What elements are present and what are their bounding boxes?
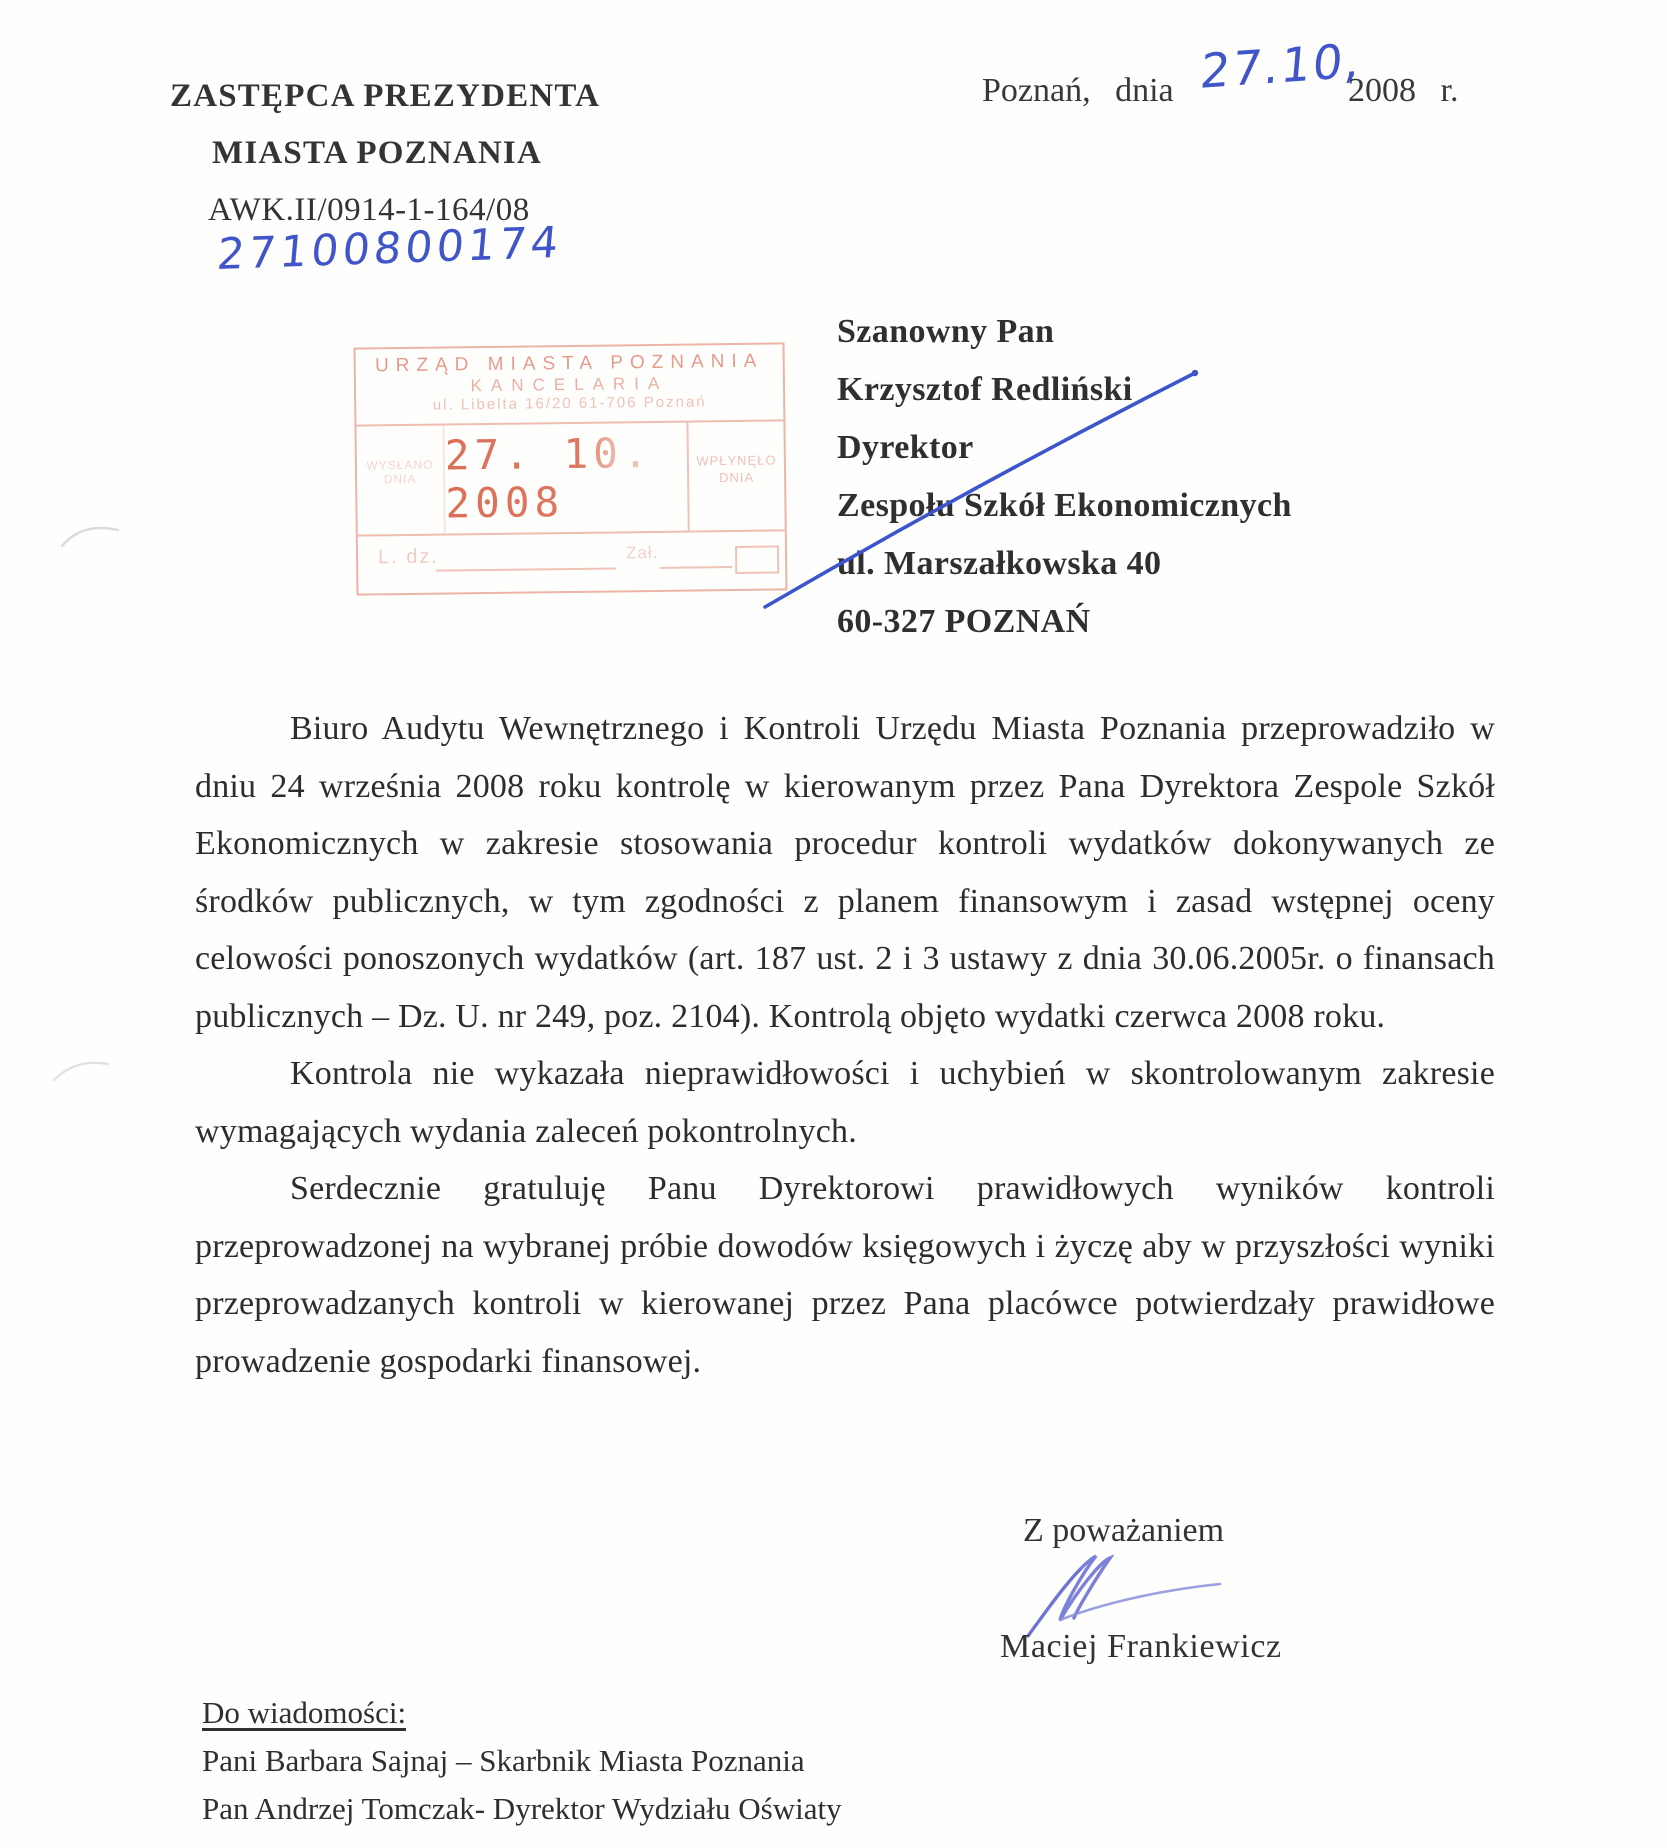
scanned-letter-page: ZASTĘPCA PREZYDENTA MIASTA POZNANIA AWK.… [0, 0, 1667, 1848]
stamp-header: URZĄD MIASTA POZNANIA KANCELARIA ul. Lib… [356, 344, 784, 426]
stamp-center-cell: 27. 10. 2008 [444, 423, 689, 534]
handwritten-date: 27.10, [1198, 33, 1364, 100]
sender-title-line1: ZASTĘPCA PREZYDENTA [170, 78, 600, 115]
recipient-name: Krzysztof Redliński [837, 361, 1292, 419]
stamp-small-box [735, 545, 779, 574]
handwritten-registry-number: 27100800174 [215, 218, 564, 280]
recipient-city: 60-327 POZNAŃ [837, 593, 1292, 651]
stamp-right-label-top: WPŁYNĘŁO [689, 451, 784, 469]
stamp-ldz-line [436, 567, 616, 571]
scan-artifact-mark-2 [52, 1054, 122, 1088]
body-paragraph-3: Serdecznie gratuluję Panu Dyrektorowi pr… [195, 1160, 1495, 1390]
stamp-left-label-top: WYSŁANO [357, 458, 443, 473]
stamp-ldz-label: L. dz. [378, 546, 439, 570]
stamp-right-label-bottom: DNIA [689, 468, 784, 486]
cc-item-1: Pani Barbara Sajnaj – Skarbnik Miasta Po… [202, 1743, 805, 1779]
stamp-date: 27. 10. 2008 [445, 429, 688, 528]
stamp-zal-label: Zał. [626, 543, 659, 563]
signer-name: Maciej Frankiewicz [1000, 1628, 1282, 1666]
stamp-left-cell: WYSŁANO DNIA [356, 426, 445, 535]
recipient-institution: Zespołu Szkół Ekonomicznych [837, 477, 1292, 535]
receipt-stamp: URZĄD MIASTA POZNANIA KANCELARIA ul. Lib… [354, 342, 788, 595]
body-paragraph-2: Kontrola nie wykazała nieprawidłowości i… [195, 1045, 1495, 1160]
body-paragraph-1: Biuro Audytu Wewnętrznego i Kontroli Urz… [195, 700, 1495, 1045]
recipient-title: Dyrektor [837, 419, 1292, 477]
stamp-bottom-row: L. dz. Zał. [358, 531, 786, 593]
valediction: Z poważaniem [1023, 1512, 1224, 1550]
recipient-salutation: Szanowny Pan [837, 303, 1292, 361]
scan-artifact-mark-1 [60, 518, 130, 552]
cc-item-2: Pan Andrzej Tomczak- Dyrektor Wydziału O… [202, 1791, 842, 1827]
stamp-date-row: WYSŁANO DNIA 27. 10. 2008 WPŁYNĘŁO DNIA [356, 421, 784, 536]
recipient-street: ul. Marszałkowska 40 [837, 535, 1292, 593]
dateline-place: Poznań, dnia [982, 72, 1174, 110]
sender-title-line2: MIASTA POZNANIA [212, 135, 542, 172]
dateline-year: 2008 r. [1348, 72, 1458, 110]
stamp-left-label-bottom: DNIA [357, 472, 443, 487]
recipient-block: Szanowny Pan Krzysztof Redliński Dyrekto… [837, 303, 1292, 651]
stamp-zal-line [660, 566, 732, 569]
stamp-right-cell: WPŁYNĘŁO DNIA [688, 421, 784, 530]
letter-body: Biuro Audytu Wewnętrznego i Kontroli Urz… [195, 700, 1495, 1390]
cc-heading: Do wiadomości: [202, 1695, 406, 1731]
